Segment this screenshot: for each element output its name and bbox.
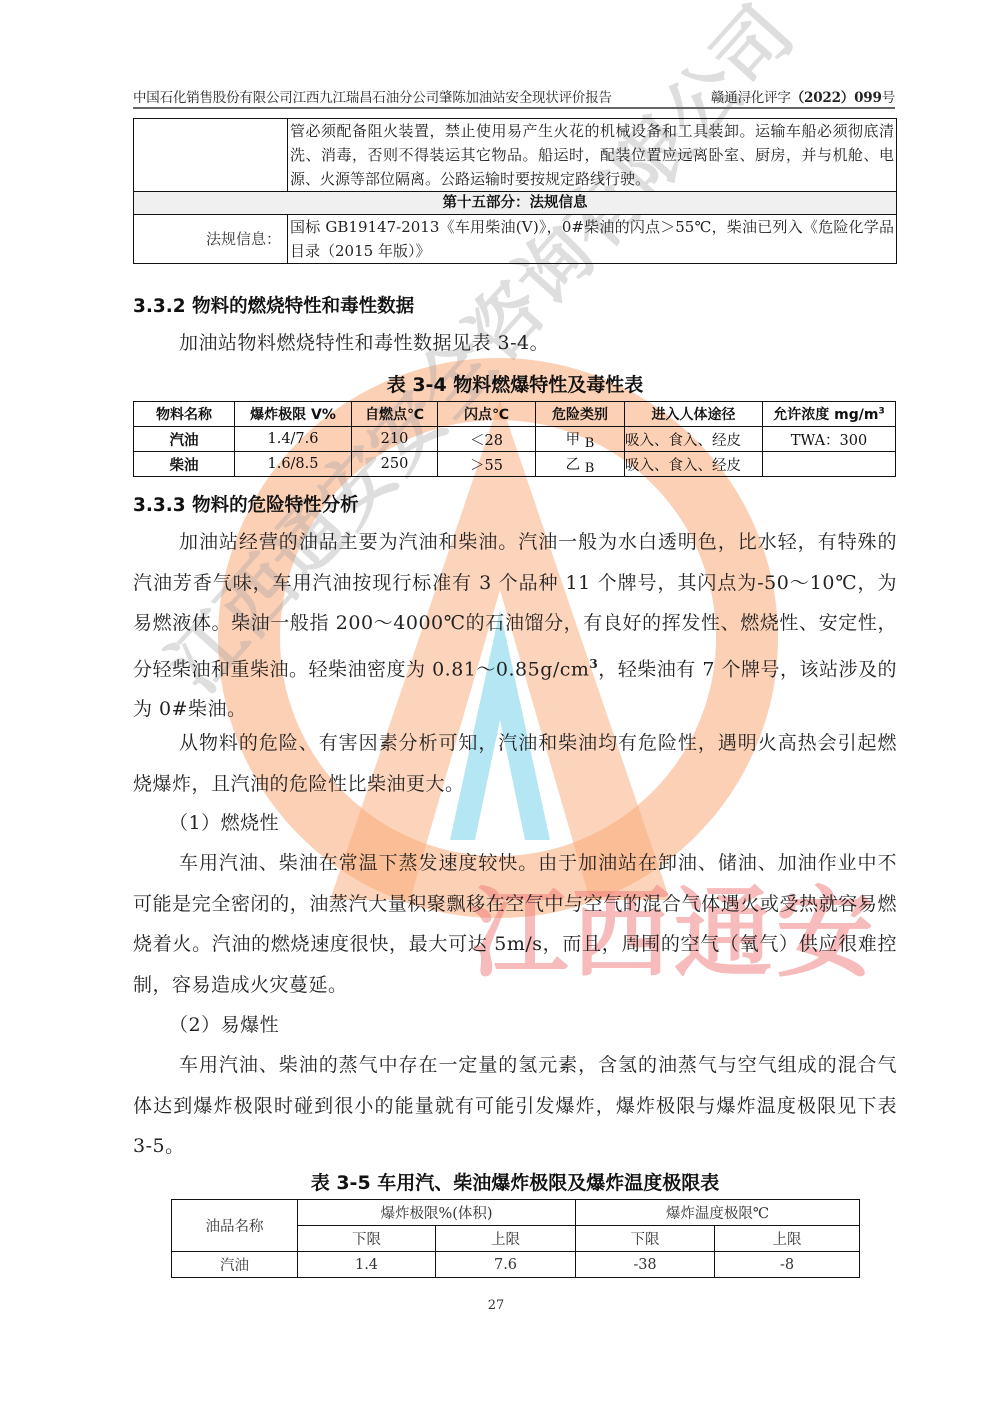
table-34-caption: 表 3-4 物料燃爆特性及毒性表	[133, 370, 897, 397]
transport-text: 管必须配备阻火装置，禁止使用易产生火花的机械设备和工具装卸。运输车船必须彻底清洗…	[288, 119, 897, 192]
col-temp-upper: 上限	[715, 1226, 860, 1252]
table-row: 汽油 1.4 7.6 -38 -8	[172, 1252, 860, 1278]
msds-continuation-table: 管必须配备阻火装置，禁止使用易产生火花的机械设备和工具装卸。运输车船必须彻底清洗…	[133, 118, 897, 264]
col-exp-lower: 下限	[298, 1226, 436, 1252]
col-group-temp-limit: 爆炸温度极限℃	[576, 1200, 860, 1226]
page-content: 中国石化销售股份有限公司江西九江瑞昌石油分公司肇陈加油站安全现状评价报告 赣通浔…	[0, 0, 992, 1403]
paragraph-flammability: 车用汽油、柴油在常温下蒸发速度较快。由于加油站在卸油、储油、加油作业中不可能是完…	[133, 843, 897, 1005]
table-row: 柴油 1.6/8.5 250 ＞55 乙 B 吸入、食入、经皮	[134, 452, 896, 477]
col-material: 物料名称	[134, 402, 235, 427]
section-fifteen-title: 第十五部分：法规信息	[134, 192, 897, 215]
regulation-text: 国标 GB19147-2013《车用柴油(Ⅴ)》，0#柴油的闪点＞55℃，柴油已…	[288, 215, 897, 264]
paragraph-fuel-description: 加油站经营的油品主要为汽油和柴油。汽油一般为水白透明色，比水轻，有特殊的汽油芳香…	[133, 522, 897, 730]
table-35: 油品名称 爆炸极限%(体积) 爆炸温度极限℃ 下限 上限 下限 上限 汽油 1.…	[171, 1199, 860, 1278]
table-35-caption: 表 3-5 车用汽、柴油爆炸极限及爆炸温度极限表	[133, 1168, 897, 1195]
document-number: 赣通浔化评字（2022）099号	[711, 86, 895, 106]
col-flash-point: 闪点℃	[438, 402, 536, 427]
col-explosion-limit: 爆炸极限 V%	[235, 402, 352, 427]
paragraph-explosiveness: 车用汽油、柴油的蒸气中存在一定量的氢元素，含氢的油蒸气与空气组成的混合气体达到爆…	[133, 1045, 897, 1167]
regulation-label: 法规信息：	[134, 215, 288, 264]
col-group-explosion-limit: 爆炸极限%(体积)	[298, 1200, 576, 1226]
report-title: 中国石化销售股份有限公司江西九江瑞昌石油分公司肇陈加油站安全现状评价报告	[133, 86, 612, 106]
empty-label-cell	[134, 119, 288, 192]
section-heading-332: 3.3.2 物料的燃烧特性和毒性数据	[133, 292, 414, 318]
col-allowed-concentration: 允许浓度 mg/m3	[763, 402, 896, 427]
subheading-explosiveness: （2）易爆性	[133, 1005, 897, 1046]
table-header-row: 物料名称 爆炸极限 V% 自燃点℃ 闪点℃ 危险类别 进入人体途径 允许浓度 m…	[134, 402, 896, 427]
col-hazard-class: 危险类别	[536, 402, 625, 427]
section-332-intro: 加油站物料燃烧特性和毒性数据见表 3-4。	[133, 323, 897, 364]
table-row: 汽油 1.4/7.6 210 ＜28 甲 B 吸入、食入、经皮 TWA：300	[134, 427, 896, 452]
col-autoignition: 自燃点℃	[352, 402, 438, 427]
section-heading-333: 3.3.3 物料的危险特性分析	[133, 491, 359, 517]
table-34: 物料名称 爆炸极限 V% 自燃点℃ 闪点℃ 危险类别 进入人体途径 允许浓度 m…	[133, 401, 896, 477]
subheading-flammability: （1）燃烧性	[133, 803, 897, 844]
col-exposure-route: 进入人体途径	[625, 402, 763, 427]
col-oil-name: 油品名称	[172, 1200, 298, 1252]
header-divider	[133, 107, 895, 109]
page-header: 中国石化销售股份有限公司江西九江瑞昌石油分公司肇陈加油站安全现状评价报告 赣通浔…	[133, 86, 895, 106]
col-exp-upper: 上限	[436, 1226, 576, 1252]
col-temp-lower: 下限	[576, 1226, 715, 1252]
page-number: 27	[0, 1298, 992, 1313]
paragraph-hazard-summary: 从物料的危险、有害因素分析可知，汽油和柴油均有危险性，遇明火高热会引起燃烧爆炸，…	[133, 723, 897, 804]
